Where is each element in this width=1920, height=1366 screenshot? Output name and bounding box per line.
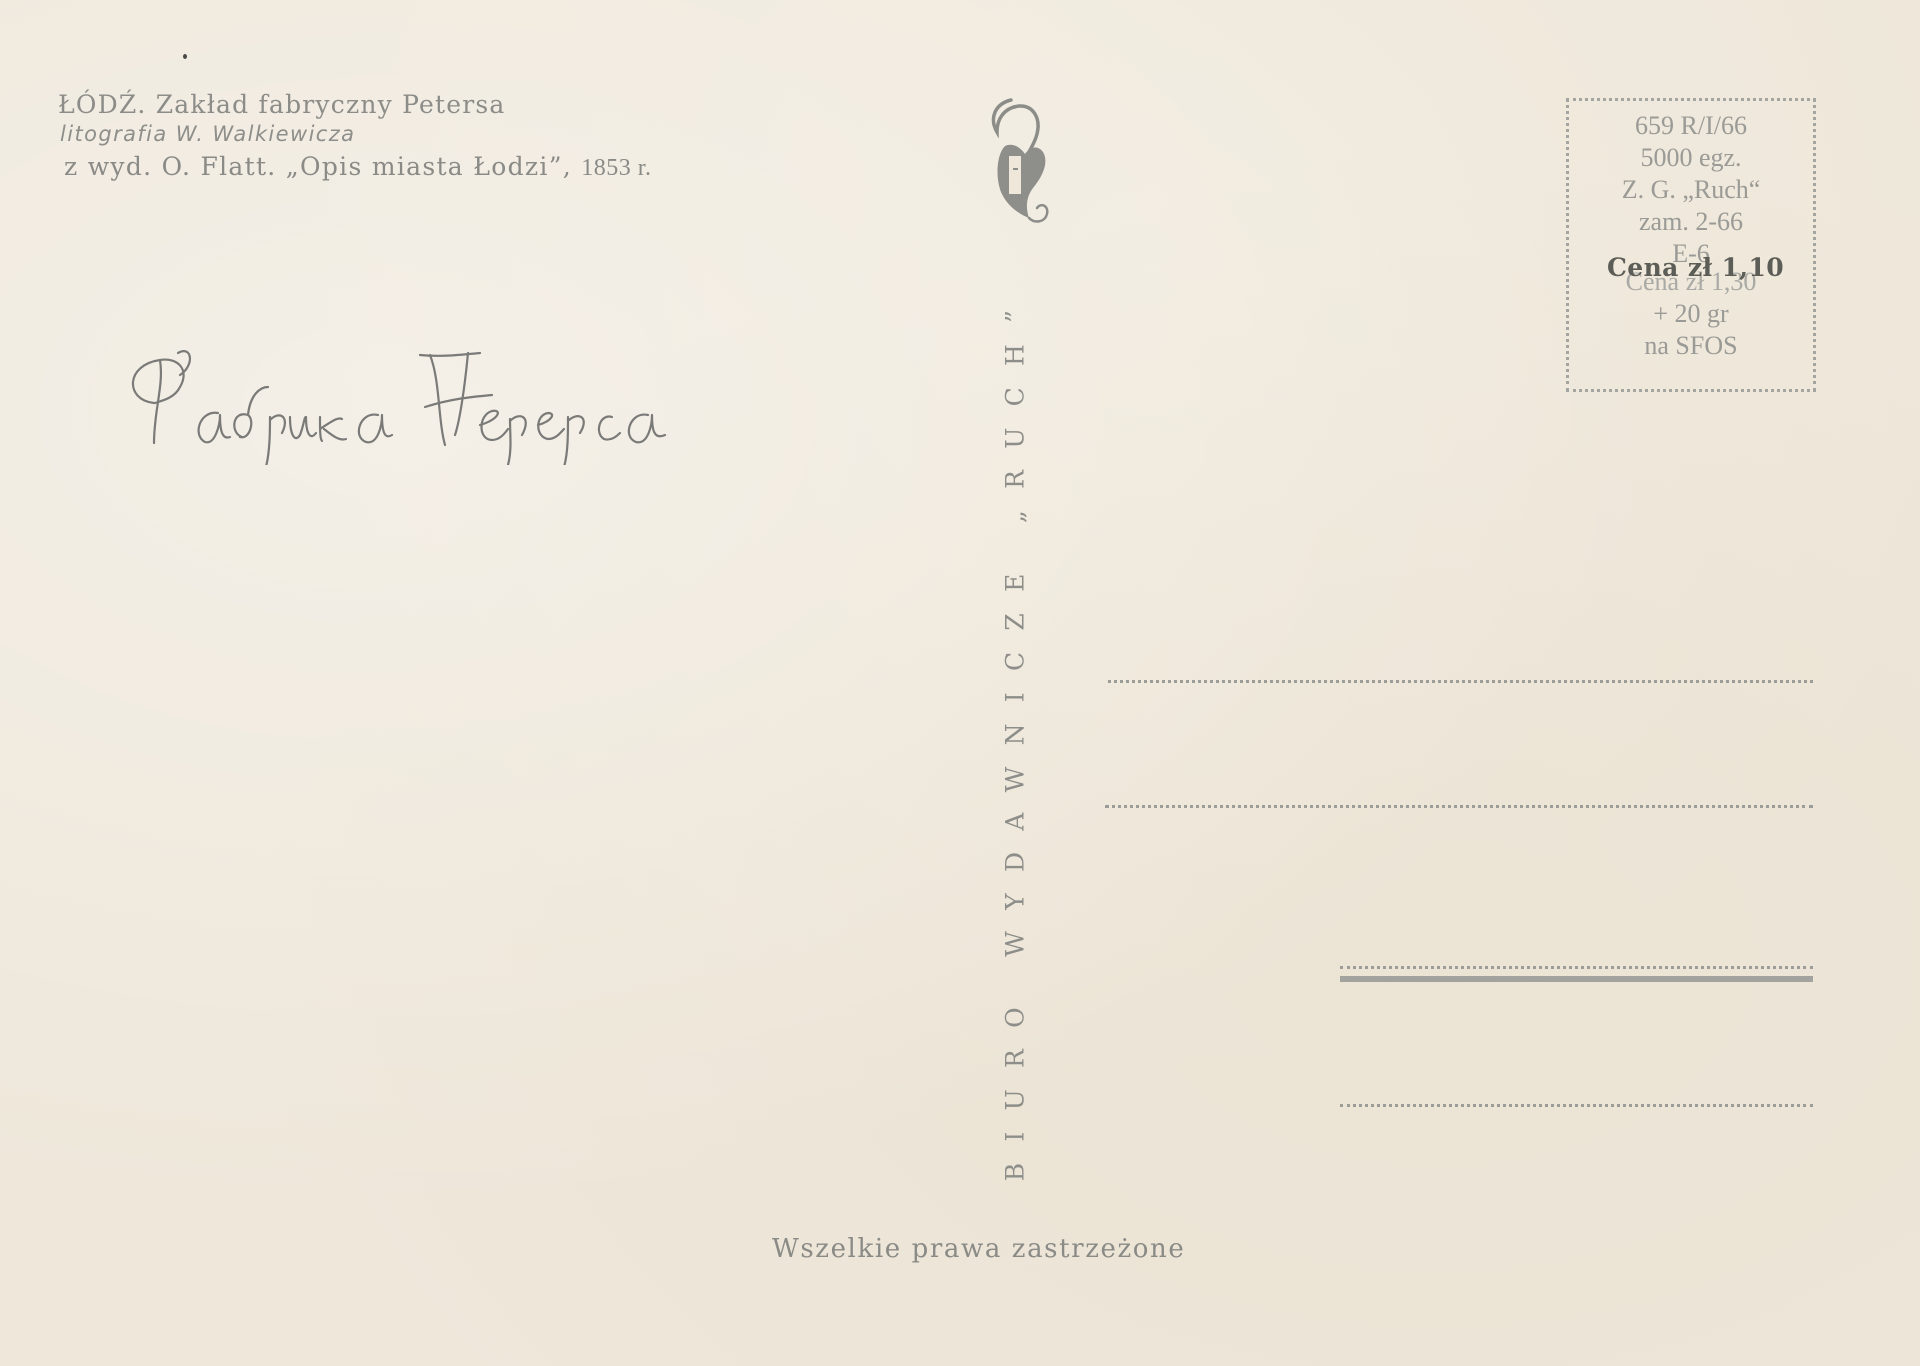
caption-source-text: z wyd. O. Flatt. „Opis miasta Łodzi”, (64, 152, 572, 181)
order-number: zam. 2-66 (1569, 207, 1813, 237)
address-thick-bar (1340, 976, 1813, 982)
surcharge-fund: na SFOS (1569, 331, 1813, 361)
printer: Z. G. „Ruch“ (1569, 175, 1813, 205)
caption-title: ŁÓDŹ. Zakład fabryczny Petersa (58, 90, 506, 119)
handwritten-note: Фабрика Петерса (120, 325, 860, 465)
caption-source: z wyd. O. Flatt. „Opis miasta Łodzi”, 18… (64, 152, 651, 182)
caption-year: 1853 r. (581, 155, 651, 181)
copyright-notice: Wszelkie prawa zastrzeżone (772, 1234, 1185, 1264)
stamp-area-box: 659 R/I/66 5000 egz. Z. G. „Ruch“ zam. 2… (1566, 98, 1816, 392)
ruch-publisher-logo-icon (985, 96, 1055, 231)
address-line-1 (1108, 680, 1813, 683)
ink-speck (183, 54, 187, 59)
surcharge: + 20 gr (1569, 299, 1813, 329)
caption-lithograph-credit: litografia W. Walkiewicza (60, 122, 355, 146)
print-number: 659 R/I/66 (1569, 111, 1813, 141)
publisher-imprint-vertical: BIURO WYDAWNICZE „RUCH” (1001, 289, 1030, 1181)
address-line-4 (1340, 1104, 1813, 1107)
address-line-3 (1340, 966, 1813, 969)
address-line-2 (1105, 805, 1813, 808)
print-run: 5000 egz. (1569, 143, 1813, 173)
price-overprint: Cena zł 1,10 (1607, 253, 1784, 282)
